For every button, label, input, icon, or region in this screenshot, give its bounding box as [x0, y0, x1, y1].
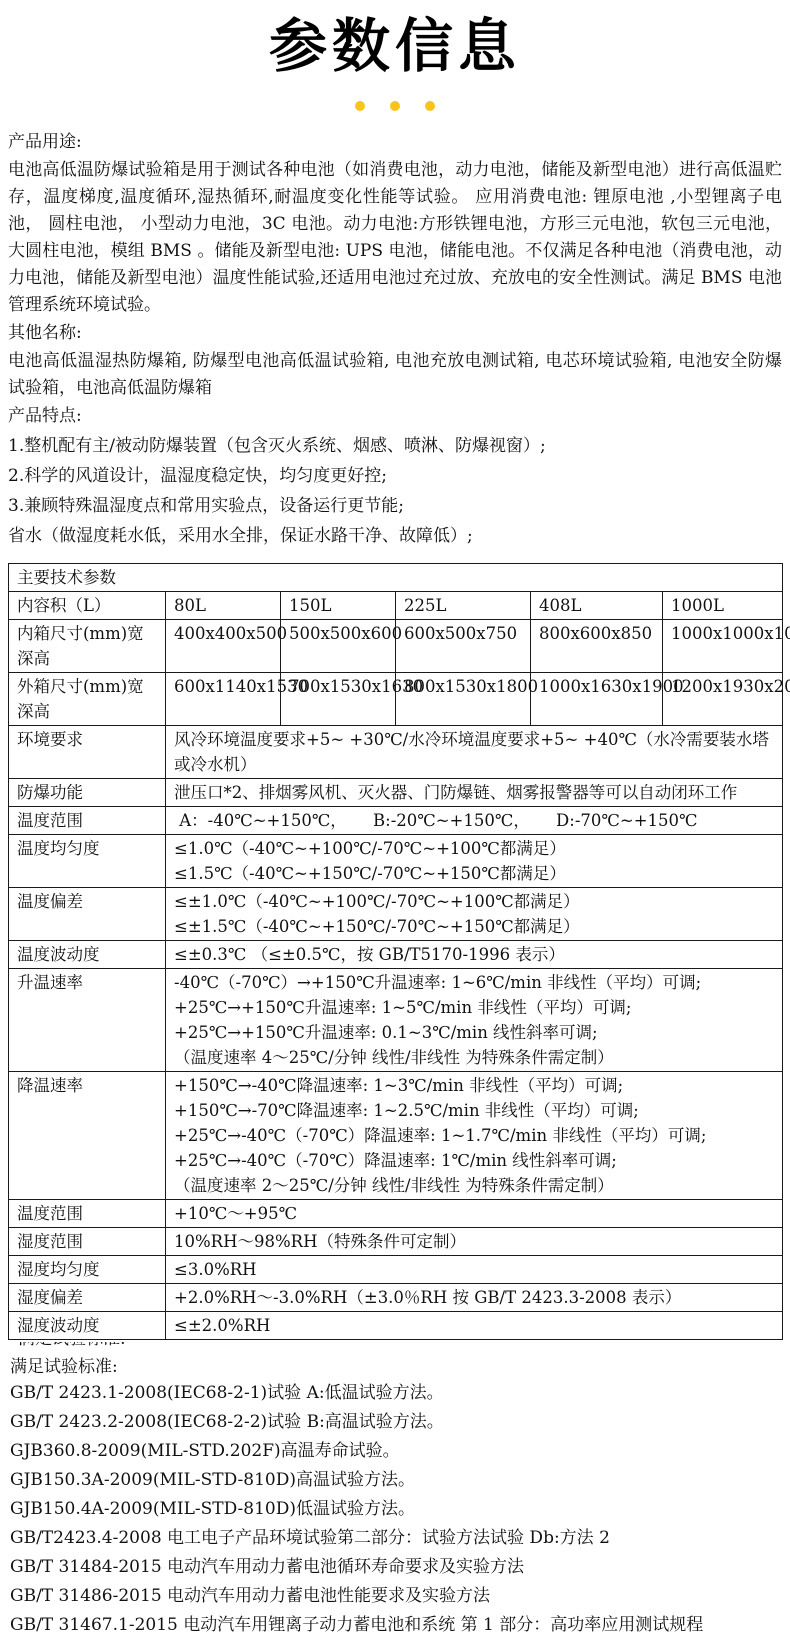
table-row: 内容积（L） 80L 150L 225L 408L 1000L — [9, 592, 783, 620]
cell-value: 1000L — [663, 592, 783, 620]
cell-line: （温度速率 2～25℃/分钟 线性/非线性 为特殊条件需定制） — [174, 1173, 774, 1198]
cell-line: +10℃～+95℃ — [174, 1201, 774, 1226]
cell-line: +150℃→-40℃降温速率: 1~3℃/min 非线性（平均）可调; — [174, 1073, 774, 1098]
feature-item: 省水（做湿度耗水低，采用水全排，保证水路干净、故障低）; — [8, 521, 782, 551]
cell-line: ≤1.0℃（-40℃~+100℃/-70℃~+100℃都满足） — [174, 836, 774, 861]
row-label: 湿度偏差 — [9, 1284, 166, 1312]
cell-value: ≤3.0%RH — [166, 1256, 783, 1284]
table-row: 湿度范围 10%RH～98%RH（特殊条件可定制） — [9, 1228, 783, 1256]
row-label: 温度范围 — [9, 1200, 166, 1228]
cell-value: 10%RH～98%RH（特殊条件可定制） — [166, 1228, 783, 1256]
cell-value: -40℃（-70℃）→+150℃升温速率: 1~6℃/min 非线性（平均）可调… — [166, 969, 783, 1072]
cell-value: 600x500x750 — [396, 620, 531, 673]
standard-item: GB/T2423.4-2008 电工电子产品环境试验第二部分：试验方法试验 Db… — [8, 1524, 782, 1553]
row-label: 湿度范围 — [9, 1228, 166, 1256]
cell-value: ≤1.0℃（-40℃~+100℃/-70℃~+100℃都满足） ≤1.5℃（-4… — [166, 835, 783, 888]
cell-value: 800x1530x1800 — [396, 673, 531, 726]
table-row: 环境要求 风冷环境温度要求+5~ +30℃/水冷环境温度要求+5~ +40℃（水… — [9, 726, 783, 779]
cell-line: 风冷环境温度要求+5~ +30℃/水冷环境温度要求+5~ +40℃（水冷需要装水… — [174, 727, 774, 777]
cell-line: ≤±2.0%RH — [174, 1313, 774, 1338]
cell-line: ≤3.0%RH — [174, 1257, 774, 1282]
standard-item: GB/T 2423.1-2008(IEC68-2-1)试验 A:低温试验方法。 — [8, 1379, 782, 1408]
cell-value: 150L — [281, 592, 396, 620]
features-label: 产品特点: — [8, 402, 782, 431]
usage-label: 产品用途: — [8, 128, 782, 157]
standard-item: GB/T 31467.1-2015 电动汽车用锂离子动力蓄电池和系统 第 1 部… — [8, 1611, 782, 1640]
feature-item: 2.科学的风道设计，温湿度稳定快，均匀度更好控; — [8, 461, 782, 491]
cell-line: -40℃（-70℃）→+150℃升温速率: 1~6℃/min 非线性（平均）可调… — [174, 970, 774, 995]
table-row: 内箱尺寸(mm)宽深高 400x400x500 500x500x600 600x… — [9, 620, 783, 673]
spec-table: 主要技术参数 内容积（L） 80L 150L 225L 408L 1000L 内… — [8, 563, 783, 1340]
table-row: 湿度均匀度 ≤3.0%RH — [9, 1256, 783, 1284]
cell-line: 10%RH～98%RH（特殊条件可定制） — [174, 1229, 774, 1254]
table-title: 主要技术参数 — [9, 564, 783, 592]
spec-sheet-page: 参数信息 产品用途: 电池高低温防爆试验箱是用于测试各种电池（如消费电池，动力电… — [0, 0, 790, 1650]
row-label: 温度偏差 — [9, 888, 166, 941]
row-label: 升温速率 — [9, 969, 166, 1072]
table-row: 温度波动度 ≤±0.3℃ （≤±0.5℃，按 GB/T5170-1996 表示） — [9, 941, 783, 969]
cell-line: ≤±0.3℃ （≤±0.5℃，按 GB/T5170-1996 表示） — [174, 942, 774, 967]
cell-value: 1200x1930x2080 — [663, 673, 783, 726]
table-row: 湿度波动度 ≤±2.0%RH — [9, 1312, 783, 1340]
cell-value: +150℃→-40℃降温速率: 1~3℃/min 非线性（平均）可调; +150… — [166, 1072, 783, 1200]
aliases-text: 电池高低温湿热防爆箱, 防爆型电池高低温试验箱, 电池充放电测试箱, 电芯环境试… — [8, 348, 782, 402]
cell-line: +25℃→+150℃升温速率: 0.1~3℃/min 线性斜率可调; — [174, 1020, 774, 1045]
row-label: 外箱尺寸(mm)宽深高 — [9, 673, 166, 726]
cell-value: 1000x1000x1000 — [663, 620, 783, 673]
table-row: 温度偏差 ≤±1.0℃（-40℃~+100℃/-70℃~+100℃都满足） ≤±… — [9, 888, 783, 941]
accent-dots — [8, 100, 782, 112]
intro-section: 产品用途: 电池高低温防爆试验箱是用于测试各种电池（如消费电池，动力电池，储能及… — [8, 128, 782, 551]
cell-value: 400x400x500 — [166, 620, 281, 673]
feature-item: 1.整机配有主/被动防爆装置（包含灭火系统、烟感、喷淋、防爆视窗）; — [8, 431, 782, 461]
cell-value: 408L — [531, 592, 663, 620]
row-label: 温度均匀度 — [9, 835, 166, 888]
cell-value: ≤±1.0℃（-40℃~+100℃/-70℃~+100℃都满足） ≤±1.5℃（… — [166, 888, 783, 941]
cell-line: +25℃→+150℃升温速率: 1~5℃/min 非线性（平均）可调; — [174, 995, 774, 1020]
table-row: 温度范围 +10℃～+95℃ — [9, 1200, 783, 1228]
cell-value: 泄压口*2、排烟雾风机、灭火器、门防爆链、烟雾报警器等可以自动闭环工作 — [166, 779, 783, 807]
standard-item: GB/T 31486-2015 电动汽车用动力蓄电池性能要求及实验方法 — [8, 1582, 782, 1611]
cell-value: 800x600x850 — [531, 620, 663, 673]
cell-value: 80L — [166, 592, 281, 620]
cell-line: ≤±1.5℃（-40℃~+150℃/-70℃~+150℃都满足） — [174, 914, 774, 939]
cell-line: （温度速率 4～25℃/分钟 线性/非线性 为特殊条件需定制） — [174, 1045, 774, 1070]
table-row: 湿度偏差 +2.0%RH～-3.0%RH（±3.0％RH 按 GB/T 2423… — [9, 1284, 783, 1312]
cell-line: +25℃→-40℃（-70℃）降温速率: 1~1.7℃/min 非线性（平均）可… — [174, 1123, 774, 1148]
row-label: 温度范围 — [9, 807, 166, 835]
row-label: 内容积（L） — [9, 592, 166, 620]
page-title: 参数信息 — [8, 10, 782, 82]
cell-value: ≤±0.3℃ （≤±0.5℃，按 GB/T5170-1996 表示） — [166, 941, 783, 969]
row-label: 湿度波动度 — [9, 1312, 166, 1340]
table-row: 防爆功能 泄压口*2、排烟雾风机、灭火器、门防爆链、烟雾报警器等可以自动闭环工作 — [9, 779, 783, 807]
standard-item: GJB360.8-2009(MIL-STD.202F)高温寿命试验。 — [8, 1437, 782, 1466]
table-row: 升温速率 -40℃（-70℃）→+150℃升温速率: 1~6℃/min 非线性（… — [9, 969, 783, 1072]
standard-item: GB/T 2423.2-2008(IEC68-2-2)试验 B:高温试验方法。 — [8, 1408, 782, 1437]
cell-value: 700x1530x1630 — [281, 673, 396, 726]
table-row: 外箱尺寸(mm)宽深高 600x1140x1530 700x1530x1630 … — [9, 673, 783, 726]
table-row: 温度均匀度 ≤1.0℃（-40℃~+100℃/-70℃~+100℃都满足） ≤1… — [9, 835, 783, 888]
row-label: 湿度均匀度 — [9, 1256, 166, 1284]
cell-line: +150℃→-70℃降温速率: 1~2.5℃/min 非线性（平均）可调; — [174, 1098, 774, 1123]
cell-line: ≤±1.0℃（-40℃~+100℃/-70℃~+100℃都满足） — [174, 889, 774, 914]
row-label: 防爆功能 — [9, 779, 166, 807]
feature-item: 3.兼顾特殊温湿度点和常用实验点，设备运行更节能; — [8, 491, 782, 521]
cell-line: +25℃→-40℃（-70℃）降温速率: 1℃/min 线性斜率可调; — [174, 1148, 774, 1173]
aliases-label: 其他名称: — [8, 319, 782, 348]
clipped-text-strip: 满足试验标准: — [8, 1342, 782, 1351]
cell-line: +2.0%RH～-3.0%RH（±3.0％RH 按 GB/T 2423.3-20… — [174, 1285, 774, 1310]
row-label: 环境要求 — [9, 726, 166, 779]
cell-value: A：-40℃~+150℃， B:-20℃~+150℃， D:-70℃~+150℃ — [166, 807, 783, 835]
cell-value: 风冷环境温度要求+5~ +30℃/水冷环境温度要求+5~ +40℃（水冷需要装水… — [166, 726, 783, 779]
standard-item: GJB150.4A-2009(MIL-STD-810D)低温试验方法。 — [8, 1495, 782, 1524]
accent-dot-icon — [390, 101, 400, 111]
cell-value: +10℃～+95℃ — [166, 1200, 783, 1228]
table-row: 降温速率 +150℃→-40℃降温速率: 1~3℃/min 非线性（平均）可调;… — [9, 1072, 783, 1200]
cell-value: 600x1140x1530 — [166, 673, 281, 726]
cell-line: A：-40℃~+150℃， B:-20℃~+150℃， D:-70℃~+150℃ — [174, 808, 774, 833]
cell-line: 泄压口*2、排烟雾风机、灭火器、门防爆链、烟雾报警器等可以自动闭环工作 — [174, 780, 774, 805]
row-label: 降温速率 — [9, 1072, 166, 1200]
table-row: 主要技术参数 — [9, 564, 783, 592]
cell-value: 500x500x600 — [281, 620, 396, 673]
cell-value: ≤±2.0%RH — [166, 1312, 783, 1340]
accent-dot-icon — [355, 101, 365, 111]
cell-value: 1000x1630x1900 — [531, 673, 663, 726]
cell-line: ≤1.5℃（-40℃~+150℃/-70℃~+150℃都满足） — [174, 861, 774, 886]
table-row: 温度范围 A：-40℃~+150℃， B:-20℃~+150℃， D:-70℃~… — [9, 807, 783, 835]
row-label: 内箱尺寸(mm)宽深高 — [9, 620, 166, 673]
standard-item: GB/T 31484-2015 电动汽车用动力蓄电池循环寿命要求及实验方法 — [8, 1553, 782, 1582]
clipped-standards-label: 满足试验标准: — [18, 1342, 126, 1350]
standards-label: 满足试验标准: — [8, 1355, 782, 1379]
cell-value: 225L — [396, 592, 531, 620]
cell-value: +2.0%RH～-3.0%RH（±3.0％RH 按 GB/T 2423.3-20… — [166, 1284, 783, 1312]
row-label: 温度波动度 — [9, 941, 166, 969]
standard-item: GJB150.3A-2009(MIL-STD-810D)高温试验方法。 — [8, 1466, 782, 1495]
accent-dot-icon — [425, 101, 435, 111]
usage-text: 电池高低温防爆试验箱是用于测试各种电池（如消费电池，动力电池，储能及新型电池）进… — [8, 157, 782, 319]
